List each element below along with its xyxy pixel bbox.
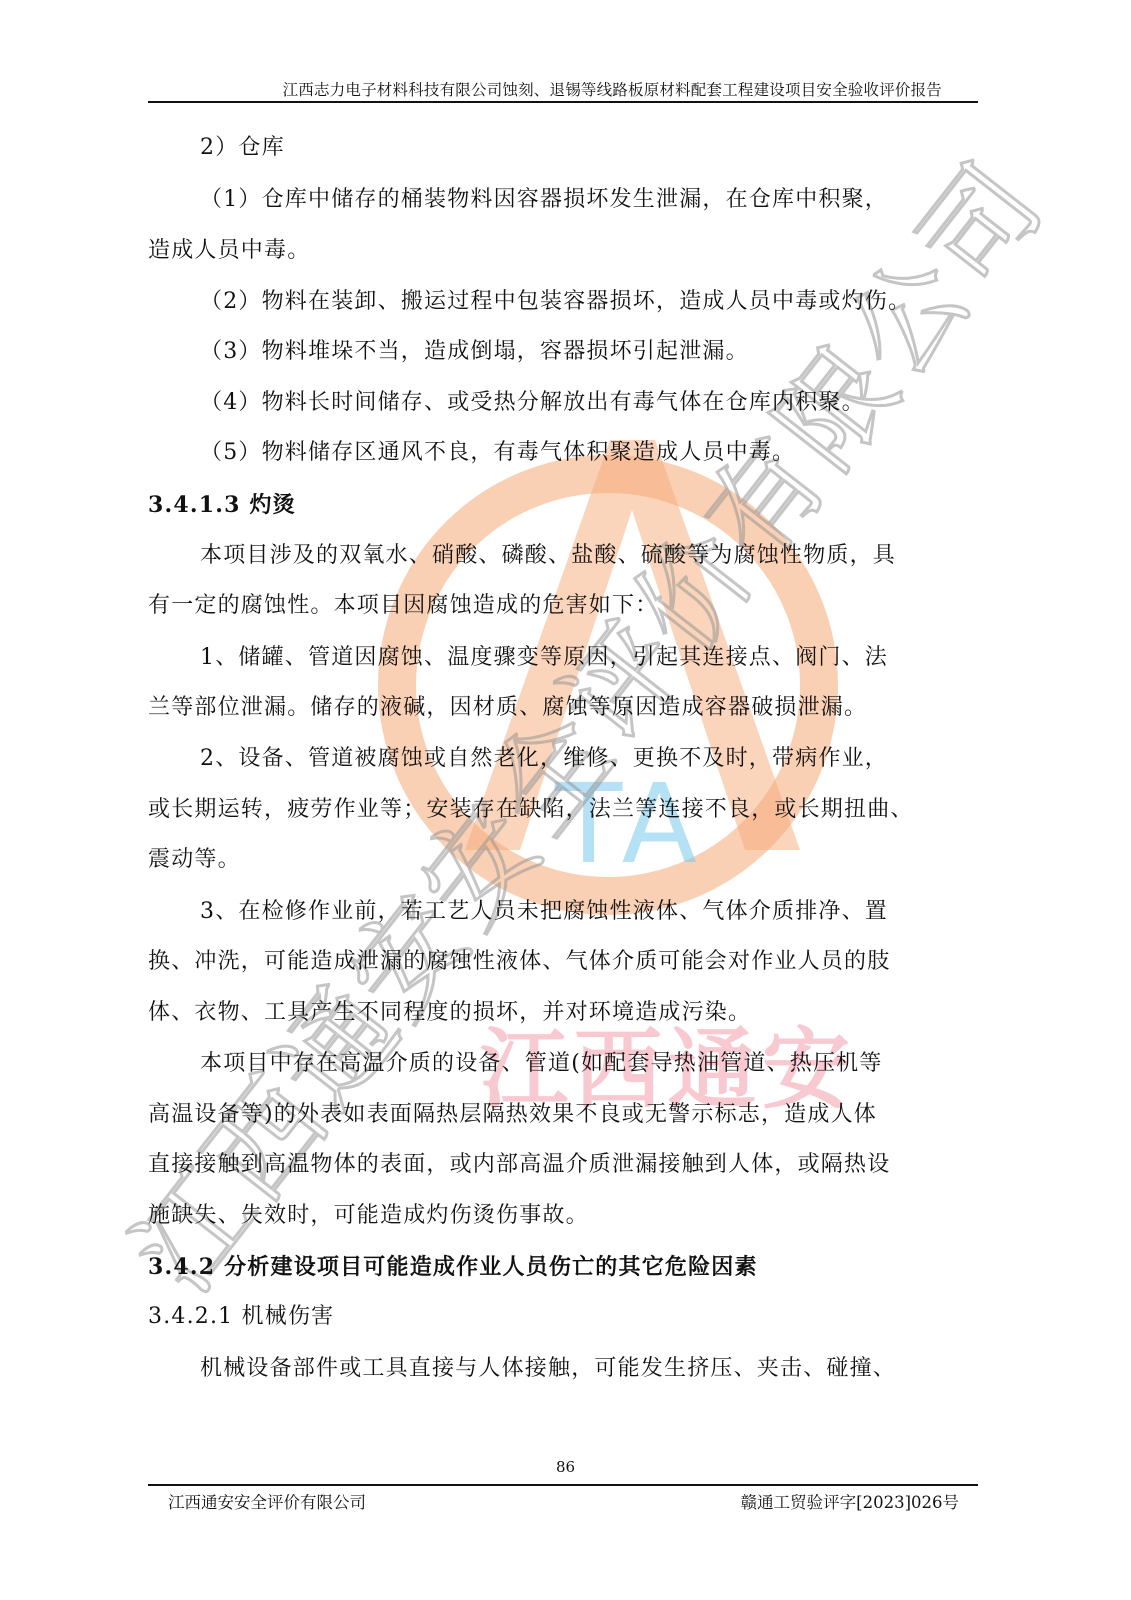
paragraph-line: 有一定的腐蚀性。本项目因腐蚀造成的危害如下：	[148, 591, 980, 621]
paragraph-line: 换、冲洗，可能造成泄漏的腐蚀性液体、气体介质可能会对作业人员的肢	[148, 947, 980, 977]
paragraph-line: 3、在检修作业前，若工艺人员未把腐蚀性液体、气体介质排净、置	[200, 897, 1032, 927]
paragraph-line: 造成人员中毒。	[148, 236, 980, 266]
footer-divider	[148, 1484, 978, 1486]
paragraph-line: 本项目中存在高温介质的设备、管道(如配套导热油管道、热压机等	[200, 1049, 1032, 1079]
section-heading-3-4-2: 3.4.2 分析建设项目可能造成作业人员伤亡的其它危险因素	[148, 1252, 980, 1282]
paragraph-line: 直接接触到高温物体的表面，或内部高温介质泄漏接触到人体，或隔热设	[148, 1150, 980, 1180]
paragraph-line: 机械设备部件或工具直接与人体接触，可能发生挤压、夹击、碰撞、	[200, 1354, 1032, 1384]
subsection-label: 2）仓库	[200, 133, 1032, 163]
page-number: 86	[0, 1458, 1131, 1476]
paragraph-line: （5）物料储存区通风不良，有毒气体积聚造成人员中毒。	[200, 438, 1032, 468]
paragraph-line: 1、储罐、管道因腐蚀、温度骤变等原因，引起其连接点、阀门、法	[200, 643, 1032, 673]
paragraph-line: 兰等部位泄漏。储存的液碱，因材质、腐蚀等原因造成容器破损泄漏。	[148, 693, 980, 723]
footer-company: 江西通安安全评价有限公司	[168, 1489, 366, 1513]
paragraph-line: （1）仓库中储存的桶装物料因容器损坏发生泄漏，在仓库中积聚，	[200, 185, 1032, 215]
paragraph-line: 或长期运转，疲劳作业等；安装存在缺陷，法兰等连接不良，或长期扭曲、	[148, 795, 980, 825]
footer-doc-number: 赣通工贸验评字[2023]026号	[741, 1489, 959, 1513]
paragraph-line: （4）物料长时间储存、或受热分解放出有毒气体在仓库内积聚。	[200, 388, 1032, 418]
paragraph-line: 震动等。	[148, 845, 980, 875]
page-content: 江西志力电子材料科技有限公司蚀刻、退锡等线路板原材料配套工程建设项目安全验收评价…	[0, 0, 1131, 1600]
paragraph-line: 2、设备、管道被腐蚀或自然老化，维修、更换不及时，带病作业，	[200, 744, 1032, 774]
paragraph-line: 体、衣物、工具产生不同程度的损坏，并对环境造成污染。	[148, 998, 980, 1028]
section-heading-3-4-1-3: 3.4.1.3 灼烫	[148, 490, 980, 520]
paragraph-line: 高温设备等)的外表如表面隔热层隔热效果不良或无警示标志，造成人体	[148, 1100, 980, 1130]
paragraph-line: 施缺失、失效时，可能造成灼伤烫伤事故。	[148, 1201, 980, 1231]
document-page: TA 江西通安 江西通安安全评价有限公司 江西志力电子材料科技有限公司蚀刻、退锡…	[0, 0, 1131, 1600]
section-heading-3-4-2-1: 3.4.2.1 机械伤害	[148, 1302, 980, 1332]
header-divider	[148, 101, 978, 103]
paragraph-line: （3）物料堆垛不当，造成倒塌，容器损坏引起泄漏。	[200, 337, 1032, 367]
running-header: 江西志力电子材料科技有限公司蚀刻、退锡等线路板原材料配套工程建设项目安全验收评价…	[148, 78, 978, 100]
paragraph-line: （2）物料在装卸、搬运过程中包装容器损坏，造成人员中毒或灼伤。	[200, 287, 1032, 317]
paragraph-line: 本项目涉及的双氧水、硝酸、磷酸、盐酸、硫酸等为腐蚀性物质，具	[200, 541, 1032, 571]
